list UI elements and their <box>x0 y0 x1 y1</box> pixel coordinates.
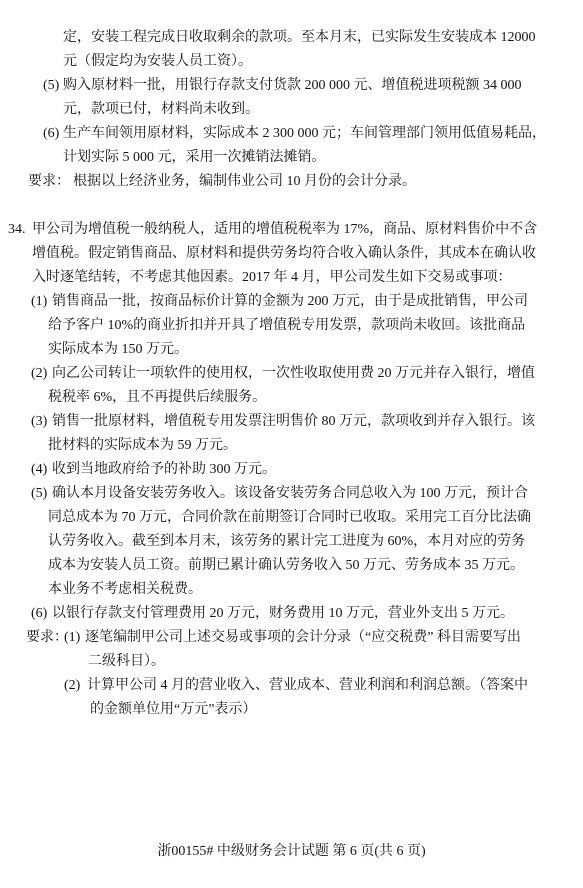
q34-item-line: (4) 收到当地政府给予的补助 300 万元。 <box>0 458 583 482</box>
q34-item-line: (6) 以银行存款支付管理费用 20 万元，财务费用 10 万元，营业外支出 5… <box>0 602 583 626</box>
q34-heading-line: 34. 甲公司为增值税一般纳税人，适用的增值税税率为 17%，商品、原材料售价中… <box>0 218 583 242</box>
q34-item-line: (2) 向乙公司转让一项软件的使用权，一次性收取使用费 20 万元并存入银行，增… <box>0 362 583 386</box>
requirement-item-marker: (1) <box>64 626 80 650</box>
q34-item-line: 给予客户 10%的商业折扣并开具了增值税专用发票，款项尚未收回。该批商品 <box>0 314 583 338</box>
requirement-label: 要求： <box>28 170 70 194</box>
q33-item-line: (6) 生产车间领用原材料，实际成本 2 300 000 元；车间管理部门领用低… <box>0 122 583 146</box>
q34-item-line: (3) 销售一批原材料，增值税专用发票注明售价 80 万元，款项收到并存入银行。… <box>0 410 583 434</box>
q33-item-line: 元，款项已付，材料尚未收到。 <box>0 98 583 122</box>
q34-intro-line: 入时逐笔结转，不考虑其他因素。2017 年 4 月，甲公司发生如下交易或事项： <box>0 266 583 290</box>
q33-item-text: 生产车间领用原材料，实际成本 2 300 000 元；车间管理部门领用低值易耗品… <box>63 126 546 141</box>
q33-item-marker: (5) <box>43 74 59 98</box>
q33-item-line: (5) 购入原材料一批，用银行存款支付货款 200 000 元、增值税进项税额 … <box>0 74 583 98</box>
q34-requirement-line: 要求： (1) 逐笔编制甲公司上述交易或事项的会计分录（“应交税费” 科目需要写… <box>0 626 583 650</box>
q34-item-marker: (4) <box>31 458 47 482</box>
requirement-text: 根据以上经济业务，编制伟业公司 10 月份的会计分录。 <box>73 174 416 189</box>
q34-item-line: 批材料的实际成本为 59 万元。 <box>0 434 583 458</box>
q33-item-line: 计划实际 5 000 元，采用一次摊销法摊销。 <box>0 146 583 170</box>
q34-item-marker: (6) <box>31 602 47 626</box>
q34-item-line: 实际成本为 150 万元。 <box>0 338 583 362</box>
q34-item-text: 收到当地政府给予的补助 300 万元。 <box>52 462 276 477</box>
q34-item-marker: (3) <box>31 410 47 434</box>
q33-carryover-line: 定，安装工程完成日收取剩余的款项。至本月末，已实际发生安装成本 12000 <box>0 26 583 50</box>
q34-item-text: 以银行存款支付管理费用 20 万元，财务费用 10 万元，营业外支出 5 万元。 <box>52 606 514 621</box>
q34-intro-text: 甲公司为增值税一般纳税人，适用的增值税税率为 17%，商品、原材料售价中不含 <box>32 222 537 237</box>
q34-item-line: 税税率 6%，且不再提供后续服务。 <box>0 386 583 410</box>
q34-item-text: 确认本月设备安装劳务收入。该设备安装劳务合同总收入为 100 万元，预计合 <box>52 486 528 501</box>
question-number: 34. <box>8 218 26 242</box>
q34-item-line: (5) 确认本月设备安装劳务收入。该设备安装劳务合同总收入为 100 万元，预计… <box>0 482 583 506</box>
q34-item-text: 销售商品一批，按商品标价计算的金额为 200 万元，由于是成批销售，甲公司 <box>52 294 528 309</box>
q34-item-text: 向乙公司转让一项软件的使用权，一次性收取使用费 20 万元并存入银行，增值 <box>52 366 535 381</box>
q34-item-marker: (2) <box>31 362 47 386</box>
q34-item-marker: (1) <box>31 290 47 314</box>
q34-item-line: 同总成本为 70 万元，合同价款在前期签订合同时已收取。采用完工百分比法确 <box>0 506 583 530</box>
document-content: 定，安装工程完成日收取剩余的款项。至本月末，已实际发生安装成本 12000 元（… <box>0 26 583 722</box>
q34-item-marker: (5) <box>31 482 47 506</box>
requirement-item-marker: (2) <box>64 674 80 698</box>
requirement-text: 逐笔编制甲公司上述交易或事项的会计分录（“应交税费” 科目需要写出 <box>85 630 521 645</box>
page-footer: 浙00155# 中级财务会计试题 第 6 页(共 6 页) <box>0 840 583 864</box>
q34-requirement-line: 的金额单位用“万元”表示） <box>0 698 583 722</box>
q33-item-text: 购入原材料一批，用银行存款支付货款 200 000 元、增值税进项税额 34 0… <box>63 78 522 93</box>
q34-requirement-line: 二级科目）。 <box>0 650 583 674</box>
exam-scan-page: { "q33": { "carryover_lines": [ "定，安装工程完… <box>0 0 583 888</box>
requirement-label: 要求： <box>26 626 68 650</box>
q34-item-line: 认劳务收入。截至到本月末，该劳务的累计完工进度为 60%，本月对应的劳务 <box>0 530 583 554</box>
section-gap <box>0 194 583 218</box>
q33-item-marker: (6) <box>43 122 59 146</box>
q33-requirement-line: 要求： 根据以上经济业务，编制伟业公司 10 月份的会计分录。 <box>0 170 583 194</box>
q34-intro-line: 增值税。假定销售商品、原材料和提供劳务均符合收入确认条件，其成本在确认收 <box>0 242 583 266</box>
requirement-text: 计算甲公司 4 月的营业收入、营业成本、营业利润和利润总额。（答案中 <box>87 678 528 693</box>
q34-item-line: 成本为安装人员工资。前期已累计确认劳务收入 50 万元、劳务成本 35 万元。 <box>0 554 583 578</box>
q34-item-line: 本业务不考虑相关税费。 <box>0 578 583 602</box>
q34-requirement-line: (2) 计算甲公司 4 月的营业收入、营业成本、营业利润和利润总额。（答案中 <box>0 674 583 698</box>
q34-item-line: (1) 销售商品一批，按商品标价计算的金额为 200 万元，由于是成批销售，甲公… <box>0 290 583 314</box>
q34-item-text: 销售一批原材料，增值税专用发票注明售价 80 万元，款项收到并存入银行。该 <box>52 414 535 429</box>
q33-carryover-line: 元（假定均为安装人员工资）。 <box>0 50 583 74</box>
